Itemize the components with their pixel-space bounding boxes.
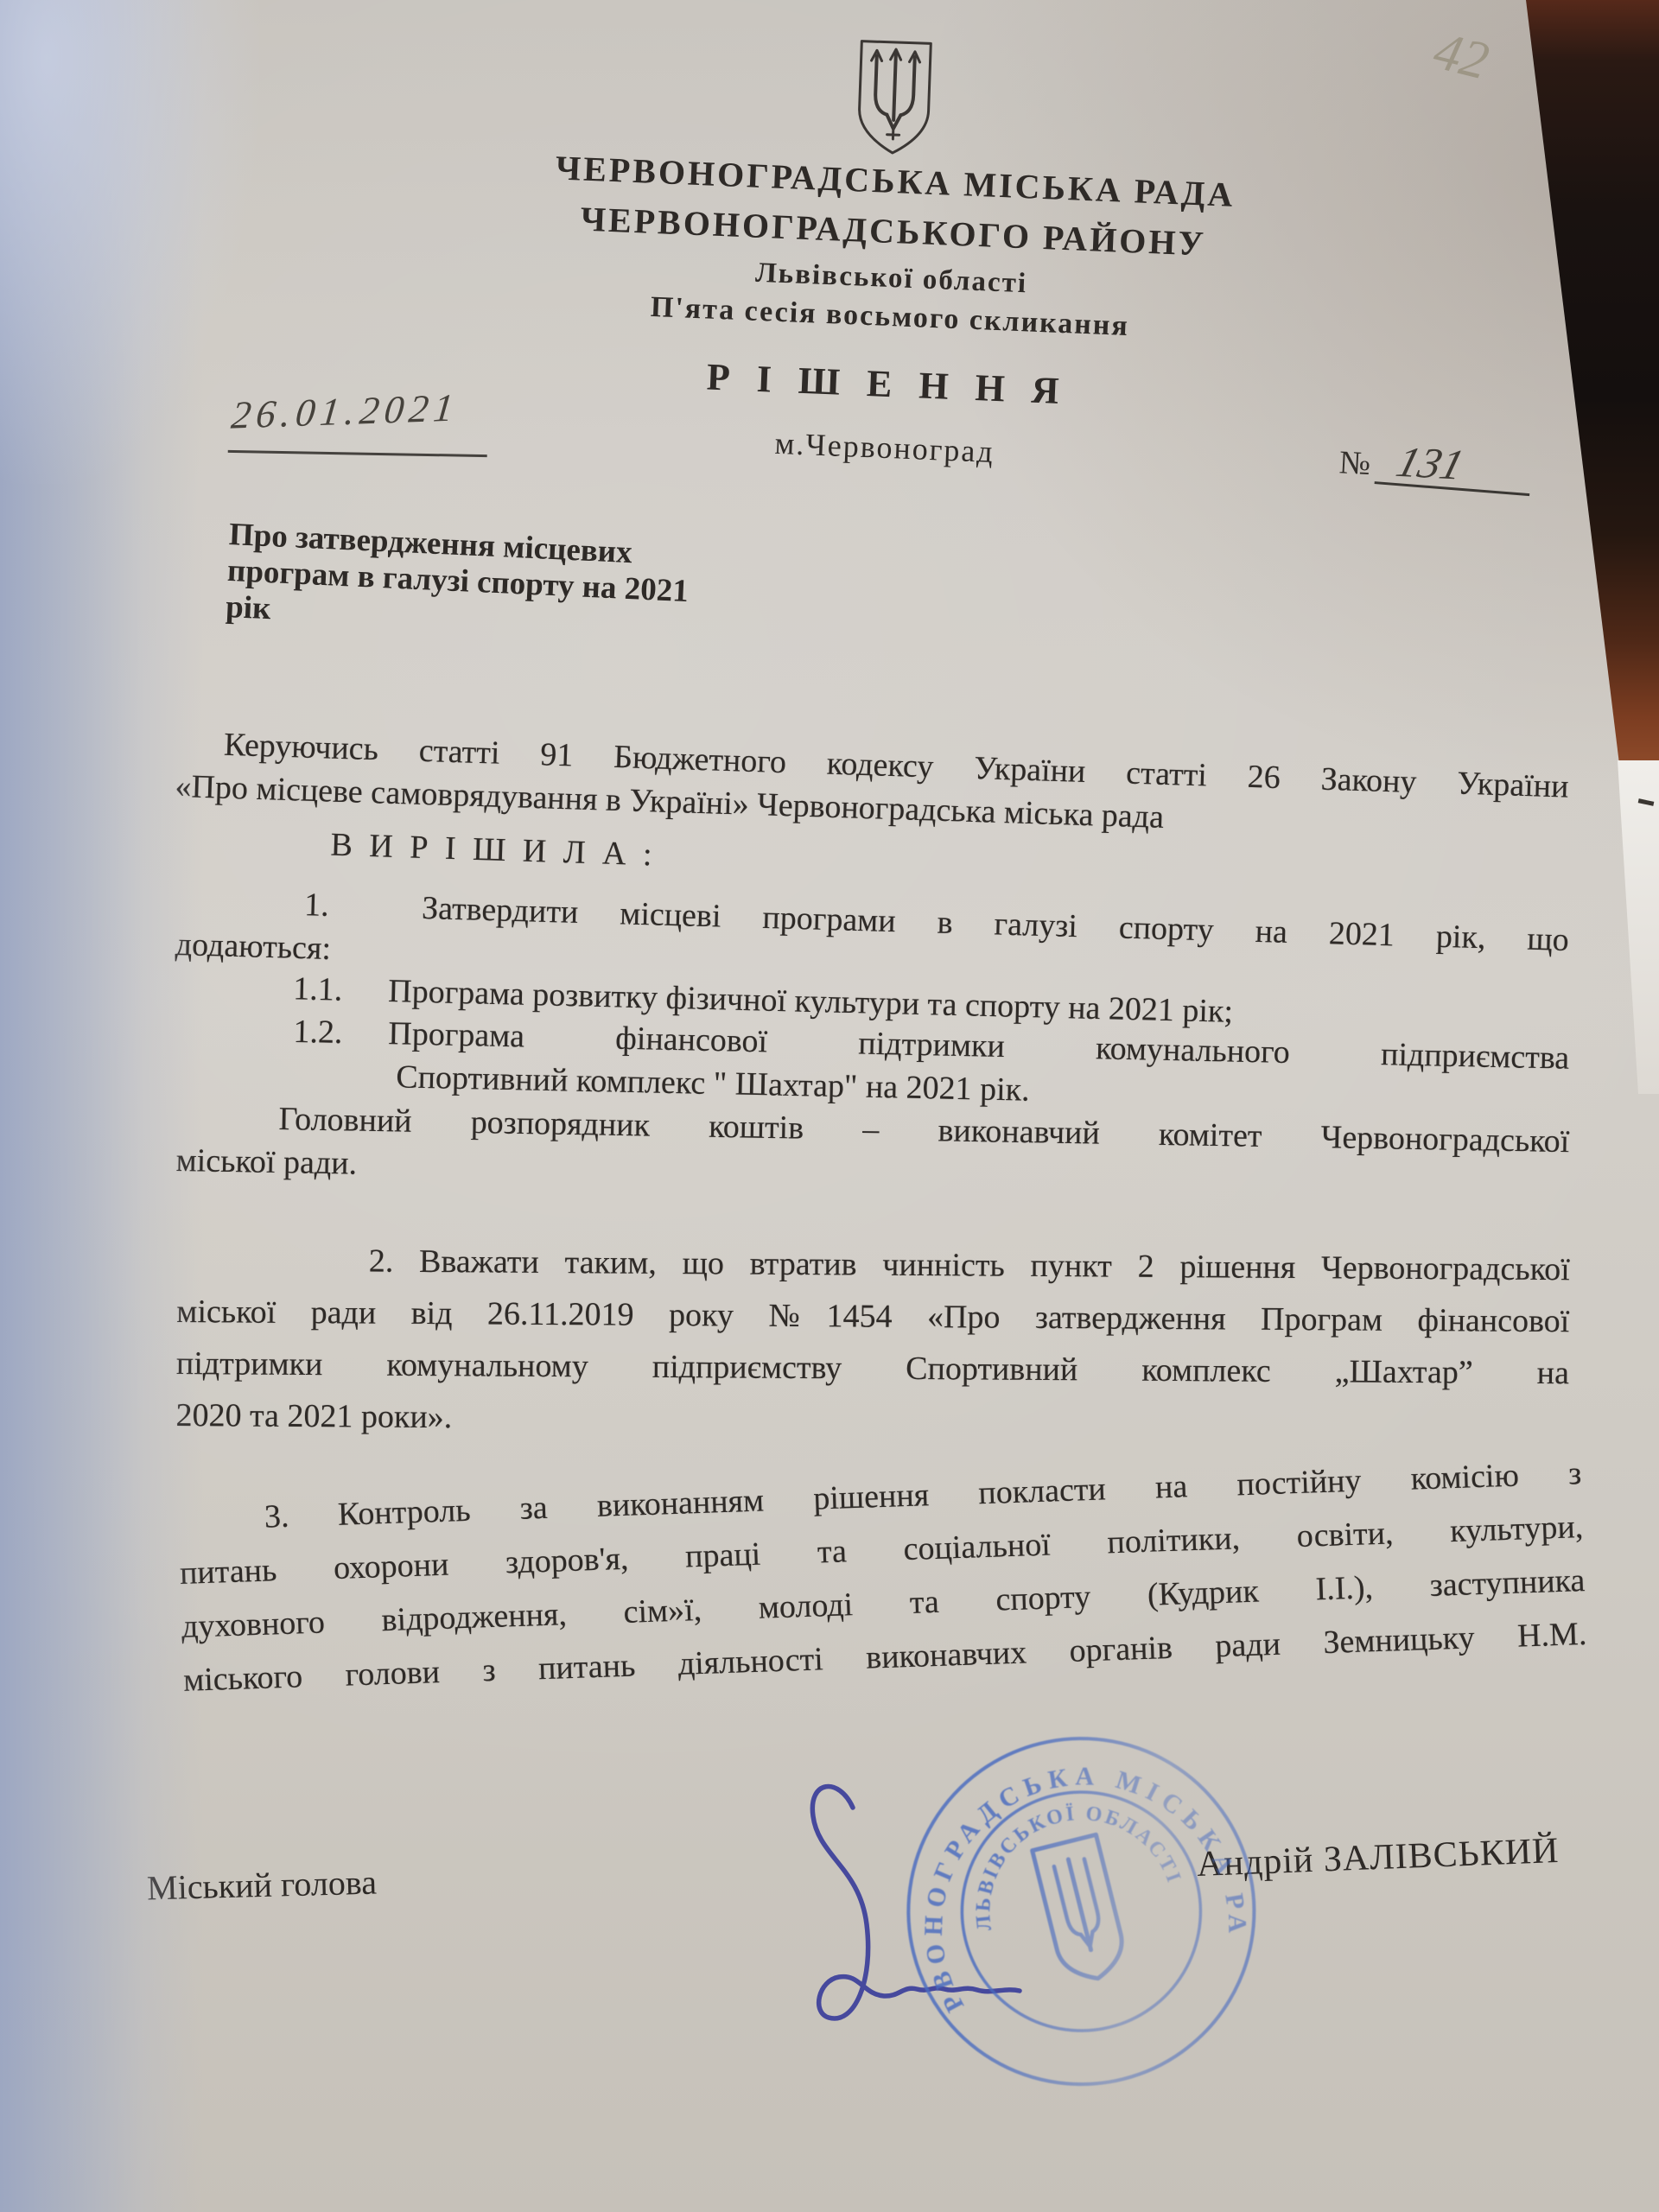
underlying-paper-edge xyxy=(1612,760,1659,1094)
signer-position: Міський голова xyxy=(146,1862,377,1909)
photographed-document: 42 ЧЕРВОНОГРАДСЬКА МІСЬКА РАДА ЧЕРВОНОГР… xyxy=(0,0,1659,2212)
number-value-handwritten: 131 xyxy=(1392,436,1470,489)
desk-background xyxy=(1519,0,1659,764)
paragraph-line: міської ради від 26.11.2019 року №1454 «… xyxy=(176,1286,1569,1347)
stamp-trident-icon xyxy=(1033,1834,1130,1986)
paragraph-line: підтримки комунальному підприємству Спор… xyxy=(176,1338,1569,1399)
item-number: 1. xyxy=(304,883,423,930)
date-value: 26.01.2021 xyxy=(229,385,461,437)
number-sign: № xyxy=(1338,443,1372,483)
paper-topleft-highlight xyxy=(0,0,259,484)
decision-item-2: 2. Вважати таким, що втратив чинність пу… xyxy=(175,1234,1570,1451)
handwritten-date: 26.01.2021 xyxy=(231,385,459,437)
letterhead: ЧЕРВОНОГРАДСЬКА МІСЬКА РАДА ЧЕРВОНОГРАДС… xyxy=(348,139,1431,487)
preamble-paragraph: Керуючись статті 91 Бюджетного кодексу У… xyxy=(173,721,1569,906)
item-number: 1.1. xyxy=(293,967,389,1013)
pen-mark xyxy=(1638,798,1655,806)
paragraph-line: 2. Вважати таким, що втратив чинність пу… xyxy=(177,1234,1570,1295)
document-number: № 131 xyxy=(1338,433,1465,489)
paragraph-line: 2020 та 2021 роки». xyxy=(175,1389,1568,1451)
pencil-page-number: 42 xyxy=(1427,21,1494,93)
date-underline xyxy=(228,450,487,457)
decision-title: Про затвердження місцевих програм в галу… xyxy=(225,517,834,653)
trident-emblem-icon xyxy=(849,35,939,164)
decision-item-3: 3.Контроль за виконанням рішення покласт… xyxy=(177,1446,1587,1707)
item-number: 3. xyxy=(264,1488,339,1544)
item-number: 1.2. xyxy=(293,1010,389,1055)
